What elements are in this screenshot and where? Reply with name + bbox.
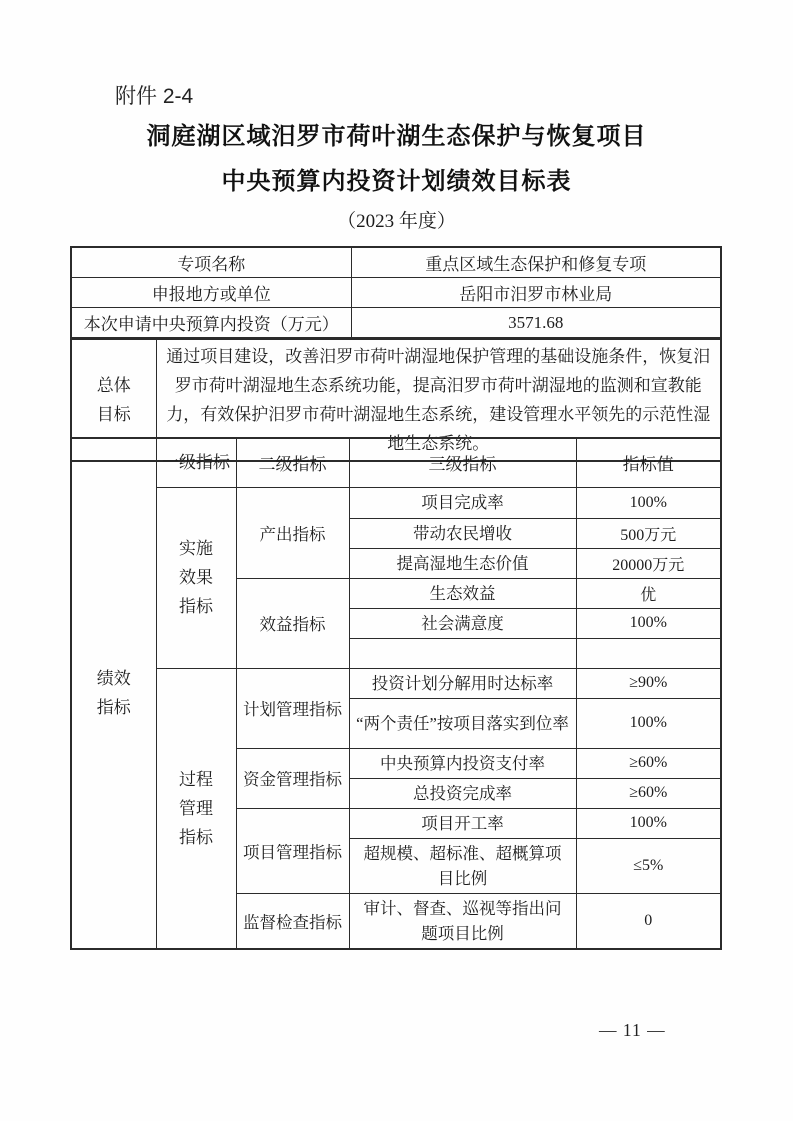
level1-label-effect: 实施 效果 指标 bbox=[156, 487, 236, 668]
indicator-value-cell: ≤5% bbox=[576, 838, 721, 893]
indicator-name-cell: 超规模、超标准、超概算项目比例 bbox=[349, 838, 576, 893]
indicator-value-cell: ≥90% bbox=[576, 668, 721, 698]
level2-label-supervision: 监督检查指标 bbox=[236, 893, 349, 949]
performance-indicator-table: 绩效 指标 一级指标 二级指标 三级指标 指标值 实施 效果 指标 产出指标 项… bbox=[70, 437, 722, 950]
indicator-value-cell: 20000万元 bbox=[576, 548, 721, 578]
indicator-row: 过程 管理 指标 计划管理指标 投资计划分解用时达标率 ≥90% bbox=[71, 668, 721, 698]
indicator-value-cell: 100% bbox=[576, 487, 721, 518]
indicator-name-cell: 项目开工率 bbox=[349, 808, 576, 838]
header-value: 指标值 bbox=[576, 438, 721, 487]
indicator-name-cell bbox=[349, 638, 576, 668]
page-number: — 11 — bbox=[599, 1020, 666, 1041]
indicator-header-row: 绩效 指标 一级指标 二级指标 三级指标 指标值 bbox=[71, 438, 721, 487]
indicator-value-cell bbox=[576, 638, 721, 668]
info-value-investment: 3571.68 bbox=[351, 308, 721, 339]
indicator-value-cell: ≥60% bbox=[576, 748, 721, 778]
indicator-value-cell: 0 bbox=[576, 893, 721, 949]
indicator-value-cell: ≥60% bbox=[576, 778, 721, 808]
section-label-performance: 绩效 指标 bbox=[71, 438, 156, 949]
indicator-value-cell: 100% bbox=[576, 608, 721, 638]
info-label-special-name: 专项名称 bbox=[71, 247, 351, 278]
indicator-name-cell: “两个责任”按项目落实到位率 bbox=[349, 698, 576, 748]
indicator-name-cell: 中央预算内投资支付率 bbox=[349, 748, 576, 778]
indicator-name-cell: 社会满意度 bbox=[349, 608, 576, 638]
indicator-value-cell: 500万元 bbox=[576, 518, 721, 548]
level2-label-plan: 计划管理指标 bbox=[236, 668, 349, 748]
indicator-value-cell: 100% bbox=[576, 698, 721, 748]
document-title-line2: 中央预算内投资计划绩效目标表 bbox=[0, 161, 793, 196]
level2-label-benefit: 效益指标 bbox=[236, 578, 349, 668]
indicator-name-cell: 项目完成率 bbox=[349, 487, 576, 518]
indicator-value-cell: 100% bbox=[576, 808, 721, 838]
indicator-row: 实施 效果 指标 产出指标 项目完成率 100% bbox=[71, 487, 721, 518]
info-value-special-name: 重点区域生态保护和修复专项 bbox=[351, 247, 721, 278]
indicator-name-cell: 生态效益 bbox=[349, 578, 576, 608]
project-info-table: 专项名称 重点区域生态保护和修复专项 申报地方或单位 岳阳市汨罗市林业局 本次申… bbox=[70, 246, 722, 339]
document-page: 附件 2-4 洞庭湖区域汨罗市荷叶湖生态保护与恢复项目 中央预算内投资计划绩效目… bbox=[0, 0, 793, 1121]
header-level2: 二级指标 bbox=[236, 438, 349, 487]
indicator-value-cell: 优 bbox=[576, 578, 721, 608]
indicator-name-cell: 带动农民增收 bbox=[349, 518, 576, 548]
level1-label-process: 过程 管理 指标 bbox=[156, 668, 236, 949]
info-row-investment: 本次申请中央预算内投资（万元） 3571.68 bbox=[71, 308, 721, 339]
info-row-applicant: 申报地方或单位 岳阳市汨罗市林业局 bbox=[71, 278, 721, 308]
level2-label-project: 项目管理指标 bbox=[236, 808, 349, 893]
indicator-name-cell: 提高湿地生态价值 bbox=[349, 548, 576, 578]
header-level3: 三级指标 bbox=[349, 438, 576, 487]
info-value-applicant: 岳阳市汨罗市林业局 bbox=[351, 278, 721, 308]
indicator-name-cell: 投资计划分解用时达标率 bbox=[349, 668, 576, 698]
info-row-special-name: 专项名称 重点区域生态保护和修复专项 bbox=[71, 247, 721, 278]
level2-label-output: 产出指标 bbox=[236, 487, 349, 578]
level2-label-fund: 资金管理指标 bbox=[236, 748, 349, 808]
indicator-name-cell: 审计、督查、巡视等指出问题项目比例 bbox=[349, 893, 576, 949]
attachment-label: 附件 2-4 bbox=[115, 80, 193, 110]
year-label: （2023 年度） bbox=[0, 206, 793, 233]
indicator-name-cell: 总投资完成率 bbox=[349, 778, 576, 808]
document-title-line1: 洞庭湖区域汨罗市荷叶湖生态保护与恢复项目 bbox=[0, 116, 793, 151]
info-label-applicant: 申报地方或单位 bbox=[71, 278, 351, 308]
header-level1: 一级指标 bbox=[156, 438, 236, 487]
info-label-investment: 本次申请中央预算内投资（万元） bbox=[71, 308, 351, 339]
